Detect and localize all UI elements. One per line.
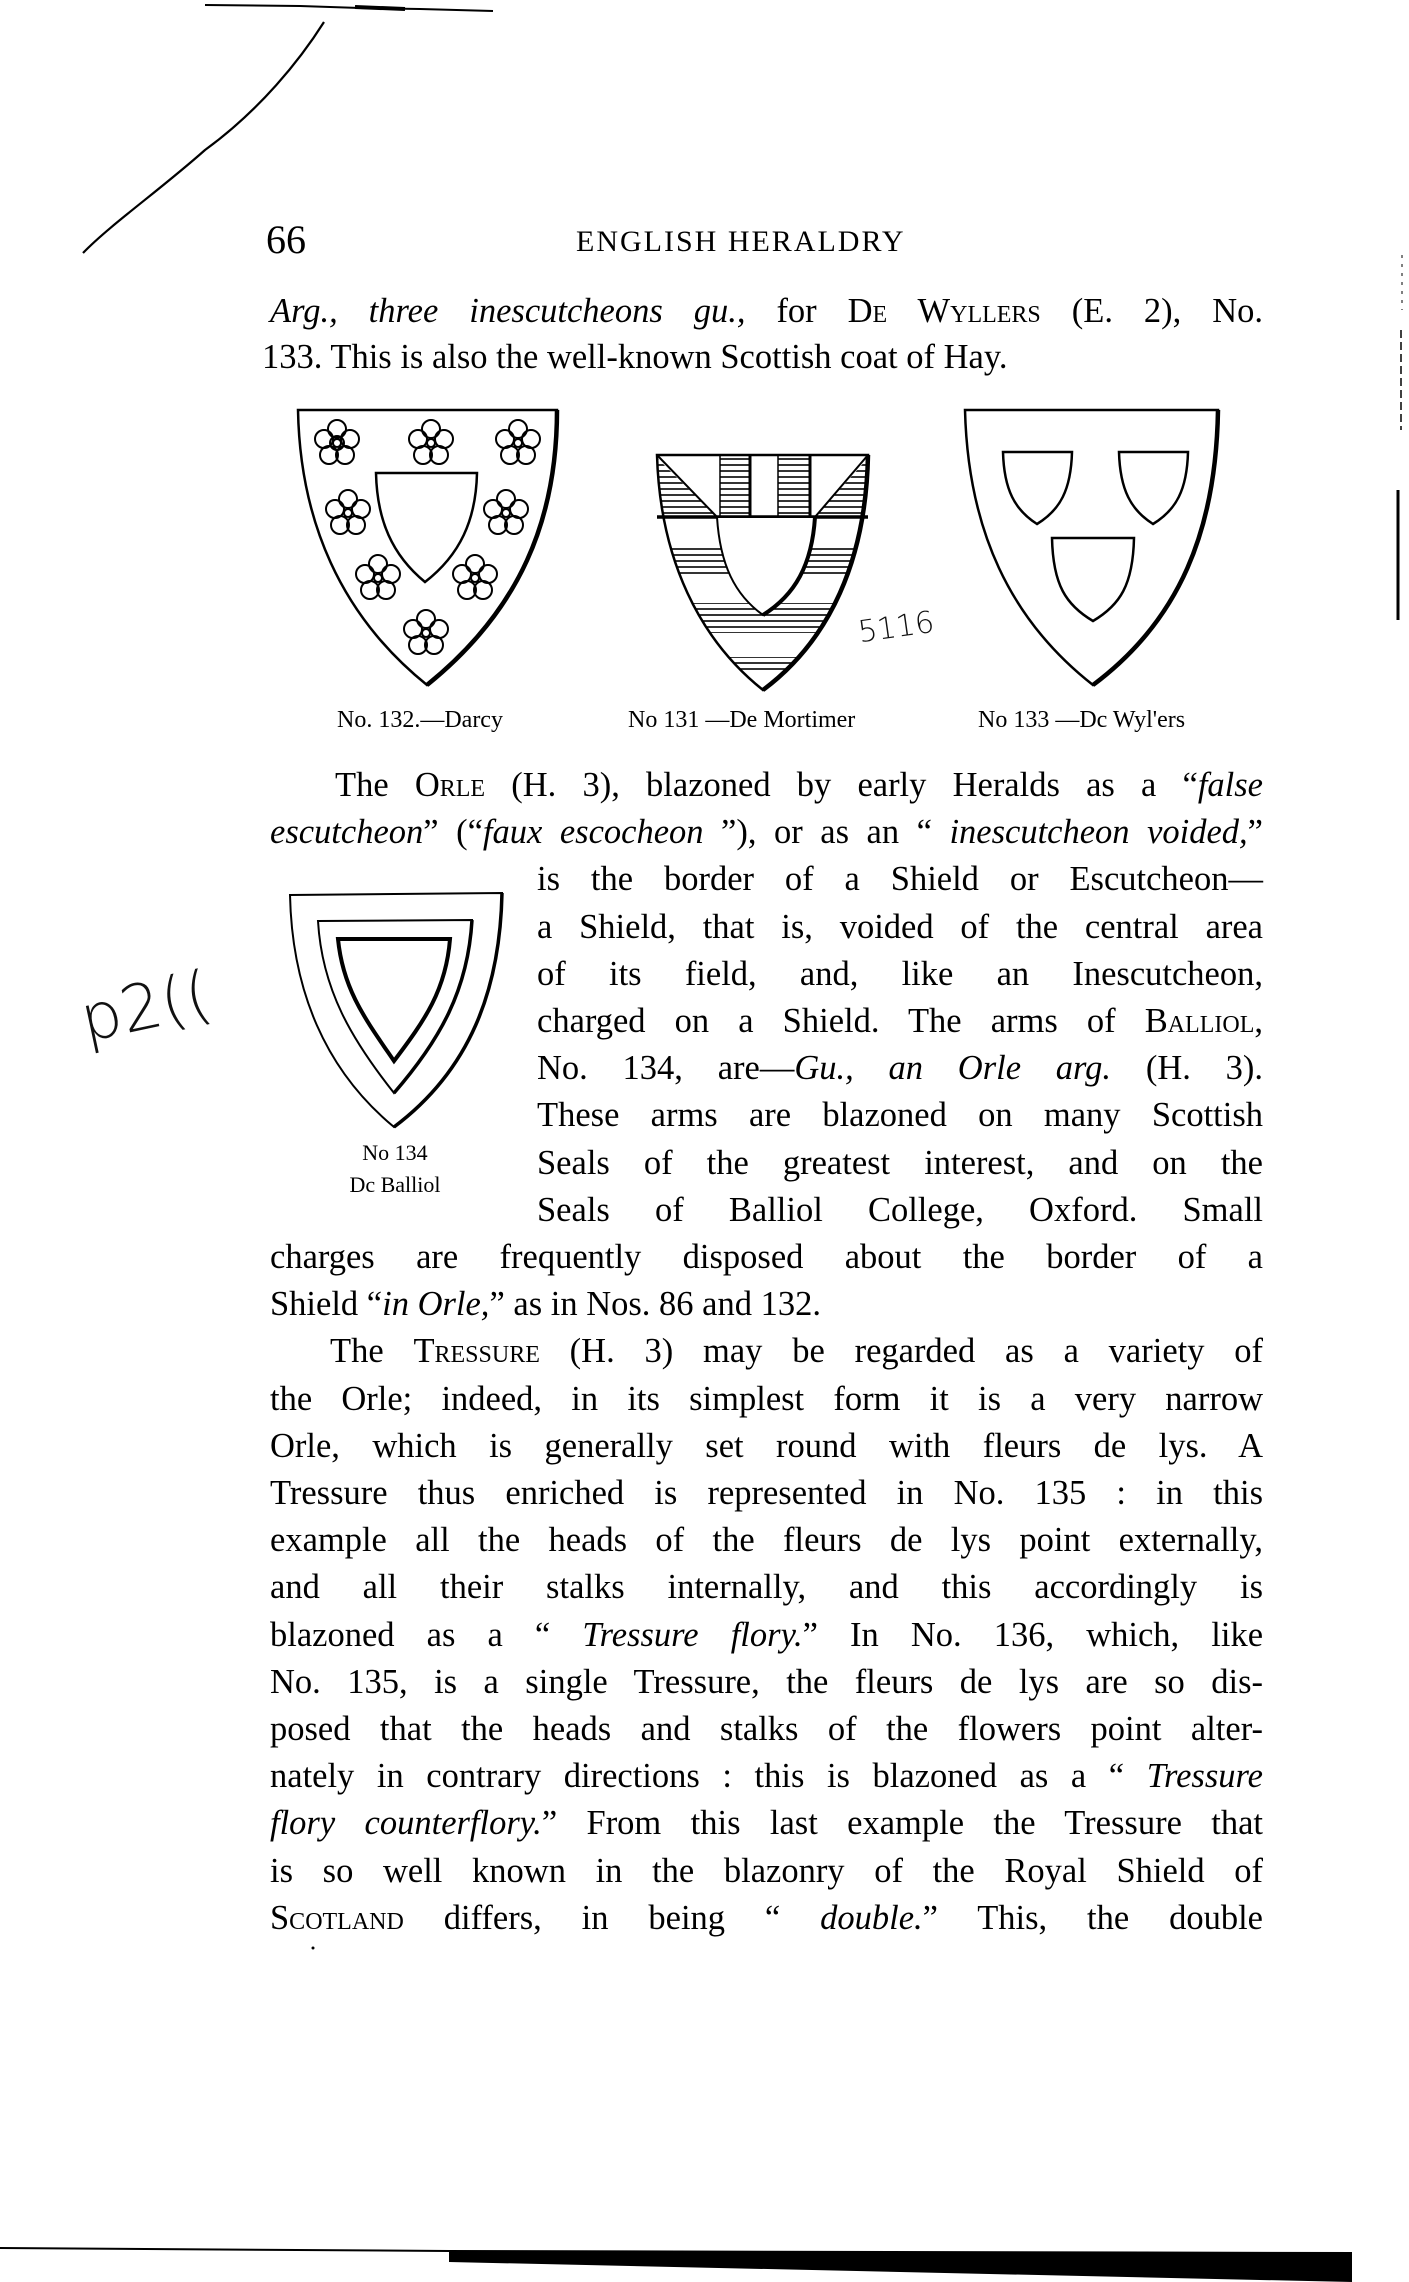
figure-caption-134-number: No 134: [300, 1138, 490, 1168]
figure-caption-134-name: Dc Balliol: [300, 1170, 490, 1200]
text-run: 133. This is also the well-known Scottis…: [262, 338, 1008, 376]
text-run: Gu., an Orle arg.: [794, 1049, 1111, 1087]
text-run: ” (“: [423, 813, 483, 851]
text-run: ” This, the double: [923, 1899, 1263, 1937]
text-run: Shield “: [270, 1285, 382, 1323]
text-run: posed that the heads and stalks of the f…: [270, 1710, 1263, 1748]
text-run: Tressure: [1147, 1757, 1263, 1795]
text-run: These arms are blazoned on many Scottish: [537, 1096, 1263, 1134]
text-run: for: [745, 292, 847, 330]
text-line: escutcheon” (“faux escocheon ”), or as a…: [270, 809, 1263, 855]
text-line: Seals of Balliol College, Oxford. Small: [537, 1187, 1263, 1233]
rose-icon: [315, 420, 540, 654]
text-run: flory counterflory.: [270, 1804, 542, 1842]
text-run: (H. 3), blazoned by early Heralds as a “: [485, 766, 1198, 804]
text-run: differs, in being “: [404, 1899, 820, 1937]
text-run: is so well known in the blazonry of the …: [270, 1852, 1263, 1890]
text-run: Tressure thus enriched is represented in…: [270, 1474, 1263, 1512]
shield-133-de-wyllers: [965, 410, 1218, 685]
right-margin-marks: [1398, 255, 1402, 620]
text-line: nately in contrary directions : this is …: [270, 1753, 1263, 1799]
figure-caption-131: No 131 —De Mortimer: [628, 706, 855, 734]
text-run: the Orle; indeed, in its simplest form i…: [270, 1380, 1263, 1418]
text-line: No. 134, are—Gu., an Orle arg. (H. 3).: [537, 1045, 1263, 1091]
text-line: blazoned as a “ Tressure flory.” In No. …: [270, 1612, 1263, 1658]
text-run: in Orle,: [382, 1285, 489, 1323]
text-line: flory counterflory.” From this last exam…: [270, 1800, 1263, 1846]
text-line: 133. This is also the well-known Scottis…: [262, 334, 1262, 380]
text-run: charges are frequently disposed about th…: [270, 1238, 1263, 1276]
stray-dot: [312, 1947, 315, 1950]
text-line: Orle, which is generally set round with …: [270, 1423, 1263, 1469]
text-line: posed that the heads and stalks of the f…: [270, 1706, 1263, 1752]
text-run: Tressure flory.: [582, 1616, 802, 1654]
shield-131-de-mortimer: [650, 455, 880, 690]
text-run: double.: [820, 1899, 923, 1937]
text-line: charges are frequently disposed about th…: [270, 1234, 1263, 1280]
text-run: Arg., three inescutcheons gu.,: [270, 292, 745, 330]
text-run: is the border of a Shield or Escutcheon—: [537, 860, 1263, 898]
text-line: of its field, and, like an Inescutcheon,: [537, 951, 1263, 997]
text-run: ” In No. 136, which, like: [803, 1616, 1263, 1654]
text-line: and all their stalks internally, and thi…: [270, 1564, 1263, 1610]
text-run: nately in contrary directions : this is …: [270, 1757, 1147, 1795]
text-run: The: [335, 766, 415, 804]
text-run: Orle: [415, 766, 485, 804]
text-run: ” From this last example the Tressure th…: [542, 1804, 1263, 1842]
text-run: (H. 3).: [1111, 1049, 1263, 1087]
text-line: Seals of the greatest interest, and on t…: [537, 1140, 1263, 1186]
text-run: Seals of Balliol College, Oxford. Small: [537, 1191, 1263, 1229]
text-run: (H. 3) may be regarded as a variety of: [540, 1332, 1263, 1370]
text-line: No. 135, is a single Tressure, the fleur…: [270, 1659, 1263, 1705]
text-line: a Shield, that is, voided of the central…: [537, 904, 1263, 950]
text-line: charged on a Shield. The arms of Balliol…: [537, 998, 1263, 1044]
text-run: a Shield, that is, voided of the central…: [537, 908, 1263, 946]
text-line: Tressure thus enriched is represented in…: [270, 1470, 1263, 1516]
text-line: Shield “in Orle,” as in Nos. 86 and 132.: [270, 1281, 1263, 1327]
text-run: blazoned as a “: [270, 1616, 582, 1654]
running-title: ENGLISH HERALDRY: [576, 222, 906, 262]
bottom-page-edge: [0, 2248, 1352, 2282]
text-run: De Wyllers: [848, 292, 1041, 330]
text-run: charged on a Shield. The arms of: [537, 1002, 1145, 1040]
text-run: example all the heads of the fleurs de l…: [270, 1521, 1263, 1559]
text-run: ,: [1254, 1002, 1263, 1040]
text-run: ” as in Nos. 86 and 132.: [489, 1285, 821, 1323]
shield-134-de-balliol: [290, 893, 502, 1127]
text-run: Scotland: [270, 1899, 404, 1937]
text-run: ”), or as an “: [704, 813, 950, 851]
text-run: ”: [1248, 813, 1263, 851]
text-run: No. 135, is a single Tressure, the fleur…: [270, 1663, 1263, 1701]
text-run: escutcheon: [270, 813, 423, 851]
text-line: Scotland differs, in being “ double.” Th…: [270, 1895, 1263, 1941]
text-run: The: [330, 1332, 413, 1370]
text-line: is so well known in the blazonry of the …: [270, 1848, 1263, 1894]
text-line: the Orle; indeed, in its simplest form i…: [270, 1376, 1263, 1422]
figure-caption-132: No. 132.—Darcy: [337, 706, 503, 734]
text-run: and all their stalks internally, and thi…: [270, 1568, 1263, 1606]
text-run: Seals of the greatest interest, and on t…: [537, 1144, 1263, 1182]
text-run: Orle, which is generally set round with …: [270, 1427, 1263, 1465]
text-run: faux escocheon: [483, 813, 704, 851]
text-line: The Orle (H. 3), blazoned by early Heral…: [335, 762, 1263, 808]
text-line: is the border of a Shield or Escutcheon—: [537, 856, 1263, 902]
page-number: 66: [266, 218, 306, 262]
text-run: of its field, and, like an Inescutcheon,: [537, 955, 1263, 993]
shield-132-darcy: [298, 410, 557, 685]
text-run: No. 134, are—: [537, 1049, 794, 1087]
text-run: false: [1198, 766, 1263, 804]
text-line: example all the heads of the fleurs de l…: [270, 1517, 1263, 1563]
text-run: Balliol: [1145, 1002, 1255, 1040]
top-pencil-marks: [83, 5, 493, 253]
text-run: inescutcheon voided,: [949, 813, 1247, 851]
text-run: (E. 2), No.: [1041, 292, 1263, 330]
text-line: Arg., three inescutcheons gu., for De Wy…: [270, 288, 1263, 334]
text-line: These arms are blazoned on many Scottish: [537, 1092, 1263, 1138]
figure-caption-133: No 133 —Dc Wyl'ers: [978, 706, 1185, 734]
text-run: Tressure: [413, 1332, 539, 1370]
text-line: The Tressure (H. 3) may be regarded as a…: [330, 1328, 1263, 1374]
